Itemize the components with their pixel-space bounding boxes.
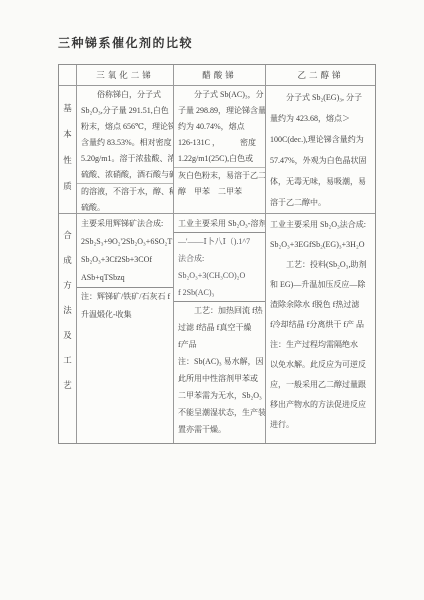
column-header-antimony-acetate: 醋酸锑 — [173, 65, 265, 85]
comparison-table: 三氧化二锑 醋酸锑 乙二醇锑 基 本 性 质 俗称锑白，分子式Sb₂O₃,分子量… — [58, 64, 376, 444]
row-label-char: 及 — [63, 323, 72, 348]
row-label-char: 法 — [63, 298, 72, 323]
row-label-char: 本 — [63, 121, 72, 147]
row-label-char: 性 — [63, 147, 72, 173]
cell-properties-antimony-trioxide: 俗称锑白，分子式Sb₂O₃,分子量 291.51,白色粉末，熔点 656℃，理论… — [76, 85, 173, 213]
text-block: 分子式 Sb₂(EG)₃, 分子量约为 423.68，熔点＞100C(dec.)… — [270, 87, 372, 213]
row-label-char: 成 — [63, 248, 72, 273]
text-block: 工业主要采用 Sb₂O₃法合成:Sb₂O₃+3EGfSb₂(EG)₃+3H₂O … — [270, 215, 372, 435]
page-title: 三种锑系催化剂的比较 — [58, 34, 193, 51]
column-header-antimony-glycolate: 乙二醇锑 — [265, 65, 375, 85]
column-header-antimony-trioxide: 三氧化二锑 — [76, 65, 173, 85]
text-block: 俗称锑白，分子式Sb₂O₃,分子量 291.51,白色粉末，熔点 656℃，理论… — [81, 87, 170, 183]
row-label-char: 工 — [63, 348, 72, 373]
row-label-char: 质 — [63, 173, 72, 199]
text-block: 灰白色粉末，易溶于乙二醇 甲苯 二甲苯 — [174, 167, 265, 200]
text-block: 注：辉锑矿/铁矿/石灰石 f升温煅化-收集 — [77, 287, 173, 324]
text-block: 工艺：加热回流 f热过滤 f结晶 f真空干燥f产品注：Sb(AC)₃ 易水解，因… — [174, 301, 265, 438]
row-label-char: 艺 — [63, 373, 72, 398]
row-label-basic-properties: 基 本 性 质 — [59, 85, 76, 213]
cell-synthesis-antimony-acetate: 工业主要采用 Sb₂O₃-溶剂 —'——Ⅰ卜八Ⅰ（).1^7法合成:Sb₂O₃+… — [173, 213, 265, 443]
cell-synthesis-antimony-trioxide: 主要采用辉锑矿法合成:2Sb₂S₃+9O₂'2Sb₂O₃+6SO₂TSb₂O₃+… — [76, 213, 173, 443]
text-block: —'——Ⅰ卜八Ⅰ（).1^7法合成:Sb₂O₃+3(CH₃CO)₂Of 2Sb(… — [178, 233, 262, 301]
row-label-char: 方 — [63, 273, 72, 298]
cell-properties-antimony-glycolate: 分子式 Sb₂(EG)₃, 分子量约为 423.68，熔点＞100C(dec.)… — [265, 85, 375, 213]
header-corner-cell — [59, 65, 76, 85]
text-block: 的溶液，不溶于水，醇、稀硫酸。 — [77, 183, 173, 213]
cell-properties-antimony-acetate: 分子式 Sb(AC)₃，分子量 298.89，理论锑含量约为 40.74%，熔点… — [173, 85, 265, 213]
cell-synthesis-antimony-glycolate: 工业主要采用 Sb₂O₃法合成:Sb₂O₃+3EGfSb₂(EG)₃+3H₂O … — [265, 213, 375, 443]
row-label-synthesis-process: 合 成 方 法 及 工 艺 — [59, 213, 76, 443]
row-label-char: 基 — [63, 95, 72, 121]
text-block: 分子式 Sb(AC)₃，分子量 298.89，理论锑含量约为 40.74%，熔点… — [178, 87, 262, 167]
row-label-char: 合 — [63, 223, 72, 248]
text-block: 工业主要采用 Sb₂O₃-溶剂 — [174, 215, 265, 233]
text-block: 主要采用辉锑矿法合成:2Sb₂S₃+9O₂'2Sb₂O₃+6SO₂TSb₂O₃+… — [81, 215, 170, 287]
